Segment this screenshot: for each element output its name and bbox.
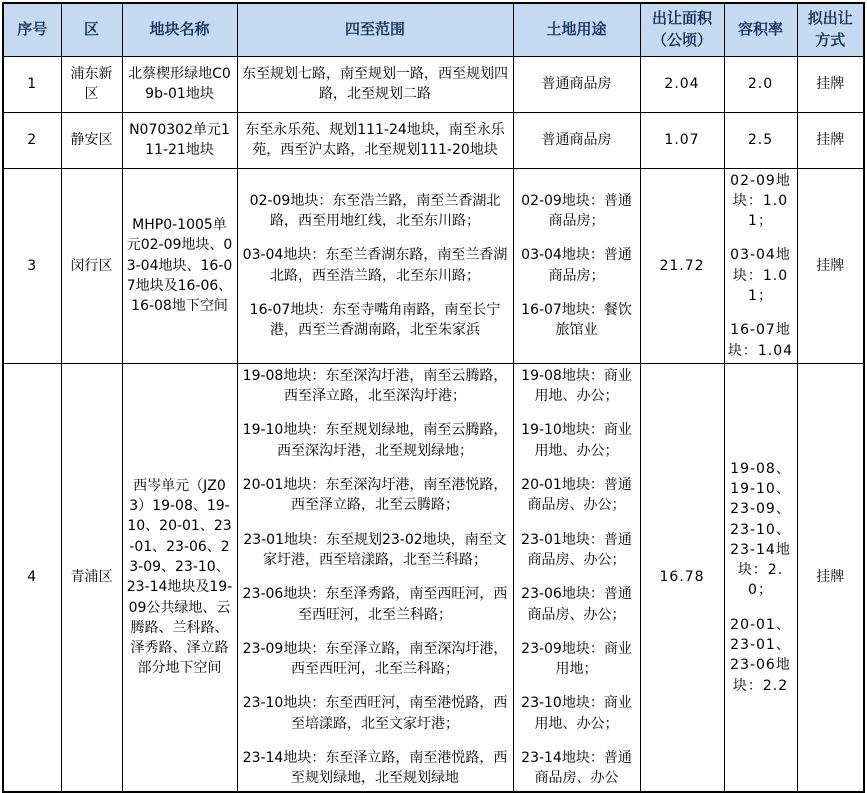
cell-name: MHP0-1005单元02-09地块、03-04地块、16-07地块及16-06… xyxy=(122,168,237,363)
cell-use: 普通商品房 xyxy=(513,112,640,168)
header-col-name: 地块名称 xyxy=(122,3,237,56)
table-row: 1 浦东新区 北蔡楔形绿地C09b-01地块 东至规划七路，南至规划一路，西至规… xyxy=(3,56,864,112)
cell-no: 2 xyxy=(3,112,61,168)
cell-district: 青浦区 xyxy=(61,363,122,791)
table-row: 3 闵行区 MHP0-1005单元02-09地块、03-04地块、16-07地块… xyxy=(3,168,864,363)
cell-no: 3 xyxy=(3,168,61,363)
cell-method: 挂牌 xyxy=(797,168,864,363)
cell-method: 挂牌 xyxy=(797,56,864,112)
cell-far: 19-08、19-10、23-09、23-10、23-14地块：2.0；20-0… xyxy=(724,363,797,791)
cell-area: 21.72 xyxy=(640,168,724,363)
table-row: 4 青浦区 西岑单元（JZ03）19-08、19-10、20-01、23-01、… xyxy=(3,363,864,791)
header-col-no: 序号 xyxy=(3,3,61,56)
cell-use: 19-08地块：商业用地、办公；19-10地块：商业用地、办公；20-01地块：… xyxy=(513,363,640,791)
cell-boundary: 19-08地块：东至深沟圩港，南至云腾路，西至泽立路，北至深沟圩港；19-10地… xyxy=(237,363,513,791)
cell-use: 普通商品房 xyxy=(513,56,640,112)
cell-area: 2.04 xyxy=(640,56,724,112)
cell-area: 1.07 xyxy=(640,112,724,168)
cell-district: 静安区 xyxy=(61,112,122,168)
header-col-boundary: 四至范围 xyxy=(237,3,513,56)
cell-method: 挂牌 xyxy=(797,112,864,168)
cell-no: 4 xyxy=(3,363,61,791)
header-col-district: 区 xyxy=(61,3,122,56)
header-col-method: 拟出让方式 xyxy=(797,3,864,56)
cell-district: 闵行区 xyxy=(61,168,122,363)
cell-far: 2.5 xyxy=(724,112,797,168)
cell-far: 2.0 xyxy=(724,56,797,112)
cell-area: 16.78 xyxy=(640,363,724,791)
cell-boundary: 东至永乐苑、规划111-24地块，南至永乐苑，西至沪太路，北至规划111-20地… xyxy=(237,112,513,168)
header-col-use: 土地用途 xyxy=(513,3,640,56)
header-col-area: 出让面积（公顷） xyxy=(640,3,724,56)
cell-use: 02-09地块：普通商品房；03-04地块：普通商品房；16-07地块：餐饮旅馆… xyxy=(513,168,640,363)
cell-boundary: 02-09地块：东至浩兰路，南至兰香湖北路，西至用地红线，北至东川路；03-04… xyxy=(237,168,513,363)
cell-name: 西岑单元（JZ03）19-08、19-10、20-01、23-01、23-06、… xyxy=(122,363,237,791)
page: 序号 区 地块名称 四至范围 土地用途 出让面积（公顷） 容积率 拟出让方式 1… xyxy=(0,0,867,676)
cell-name: N070302单元111-21地块 xyxy=(122,112,237,168)
header-row: 序号 区 地块名称 四至范围 土地用途 出让面积（公顷） 容积率 拟出让方式 xyxy=(3,3,864,56)
cell-far: 02-09地块：1.01；03-04地块：1.01；16-07地块：1.04 xyxy=(724,168,797,363)
cell-district: 浦东新区 xyxy=(61,56,122,112)
land-parcel-table: 序号 区 地块名称 四至范围 土地用途 出让面积（公顷） 容积率 拟出让方式 1… xyxy=(2,2,865,793)
cell-name: 北蔡楔形绿地C09b-01地块 xyxy=(122,56,237,112)
cell-method: 挂牌 xyxy=(797,363,864,791)
table-row: 2 静安区 N070302单元111-21地块 东至永乐苑、规划111-24地块… xyxy=(3,112,864,168)
cell-no: 1 xyxy=(3,56,61,112)
cell-boundary: 东至规划七路，南至规划一路，西至规划四路，北至规划二路 xyxy=(237,56,513,112)
header-col-far: 容积率 xyxy=(724,3,797,56)
